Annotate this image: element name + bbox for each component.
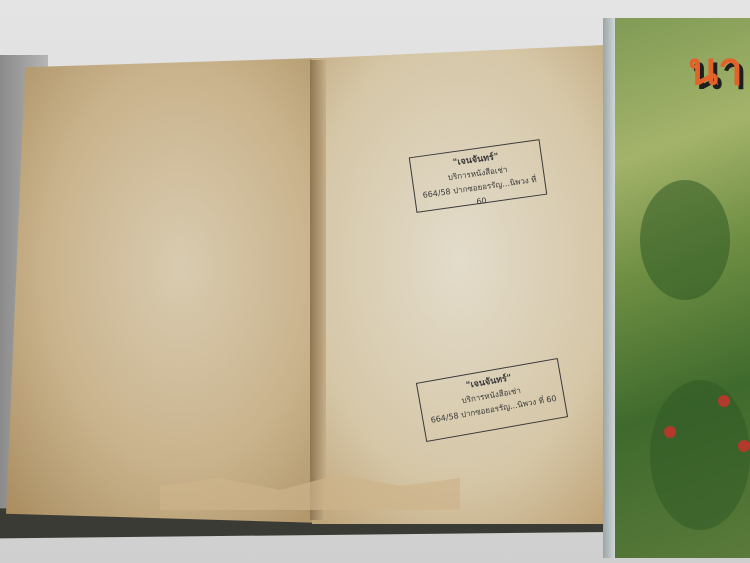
foliage-illustration <box>640 180 730 300</box>
red-flower <box>664 426 676 438</box>
cover-title: นา <box>688 48 743 92</box>
foliage-illustration <box>650 380 750 530</box>
second-book-spine <box>603 18 615 558</box>
book-gutter <box>310 60 326 520</box>
red-flower <box>718 395 730 407</box>
red-flower <box>738 440 750 452</box>
left-page <box>6 58 324 523</box>
right-page <box>312 44 640 524</box>
